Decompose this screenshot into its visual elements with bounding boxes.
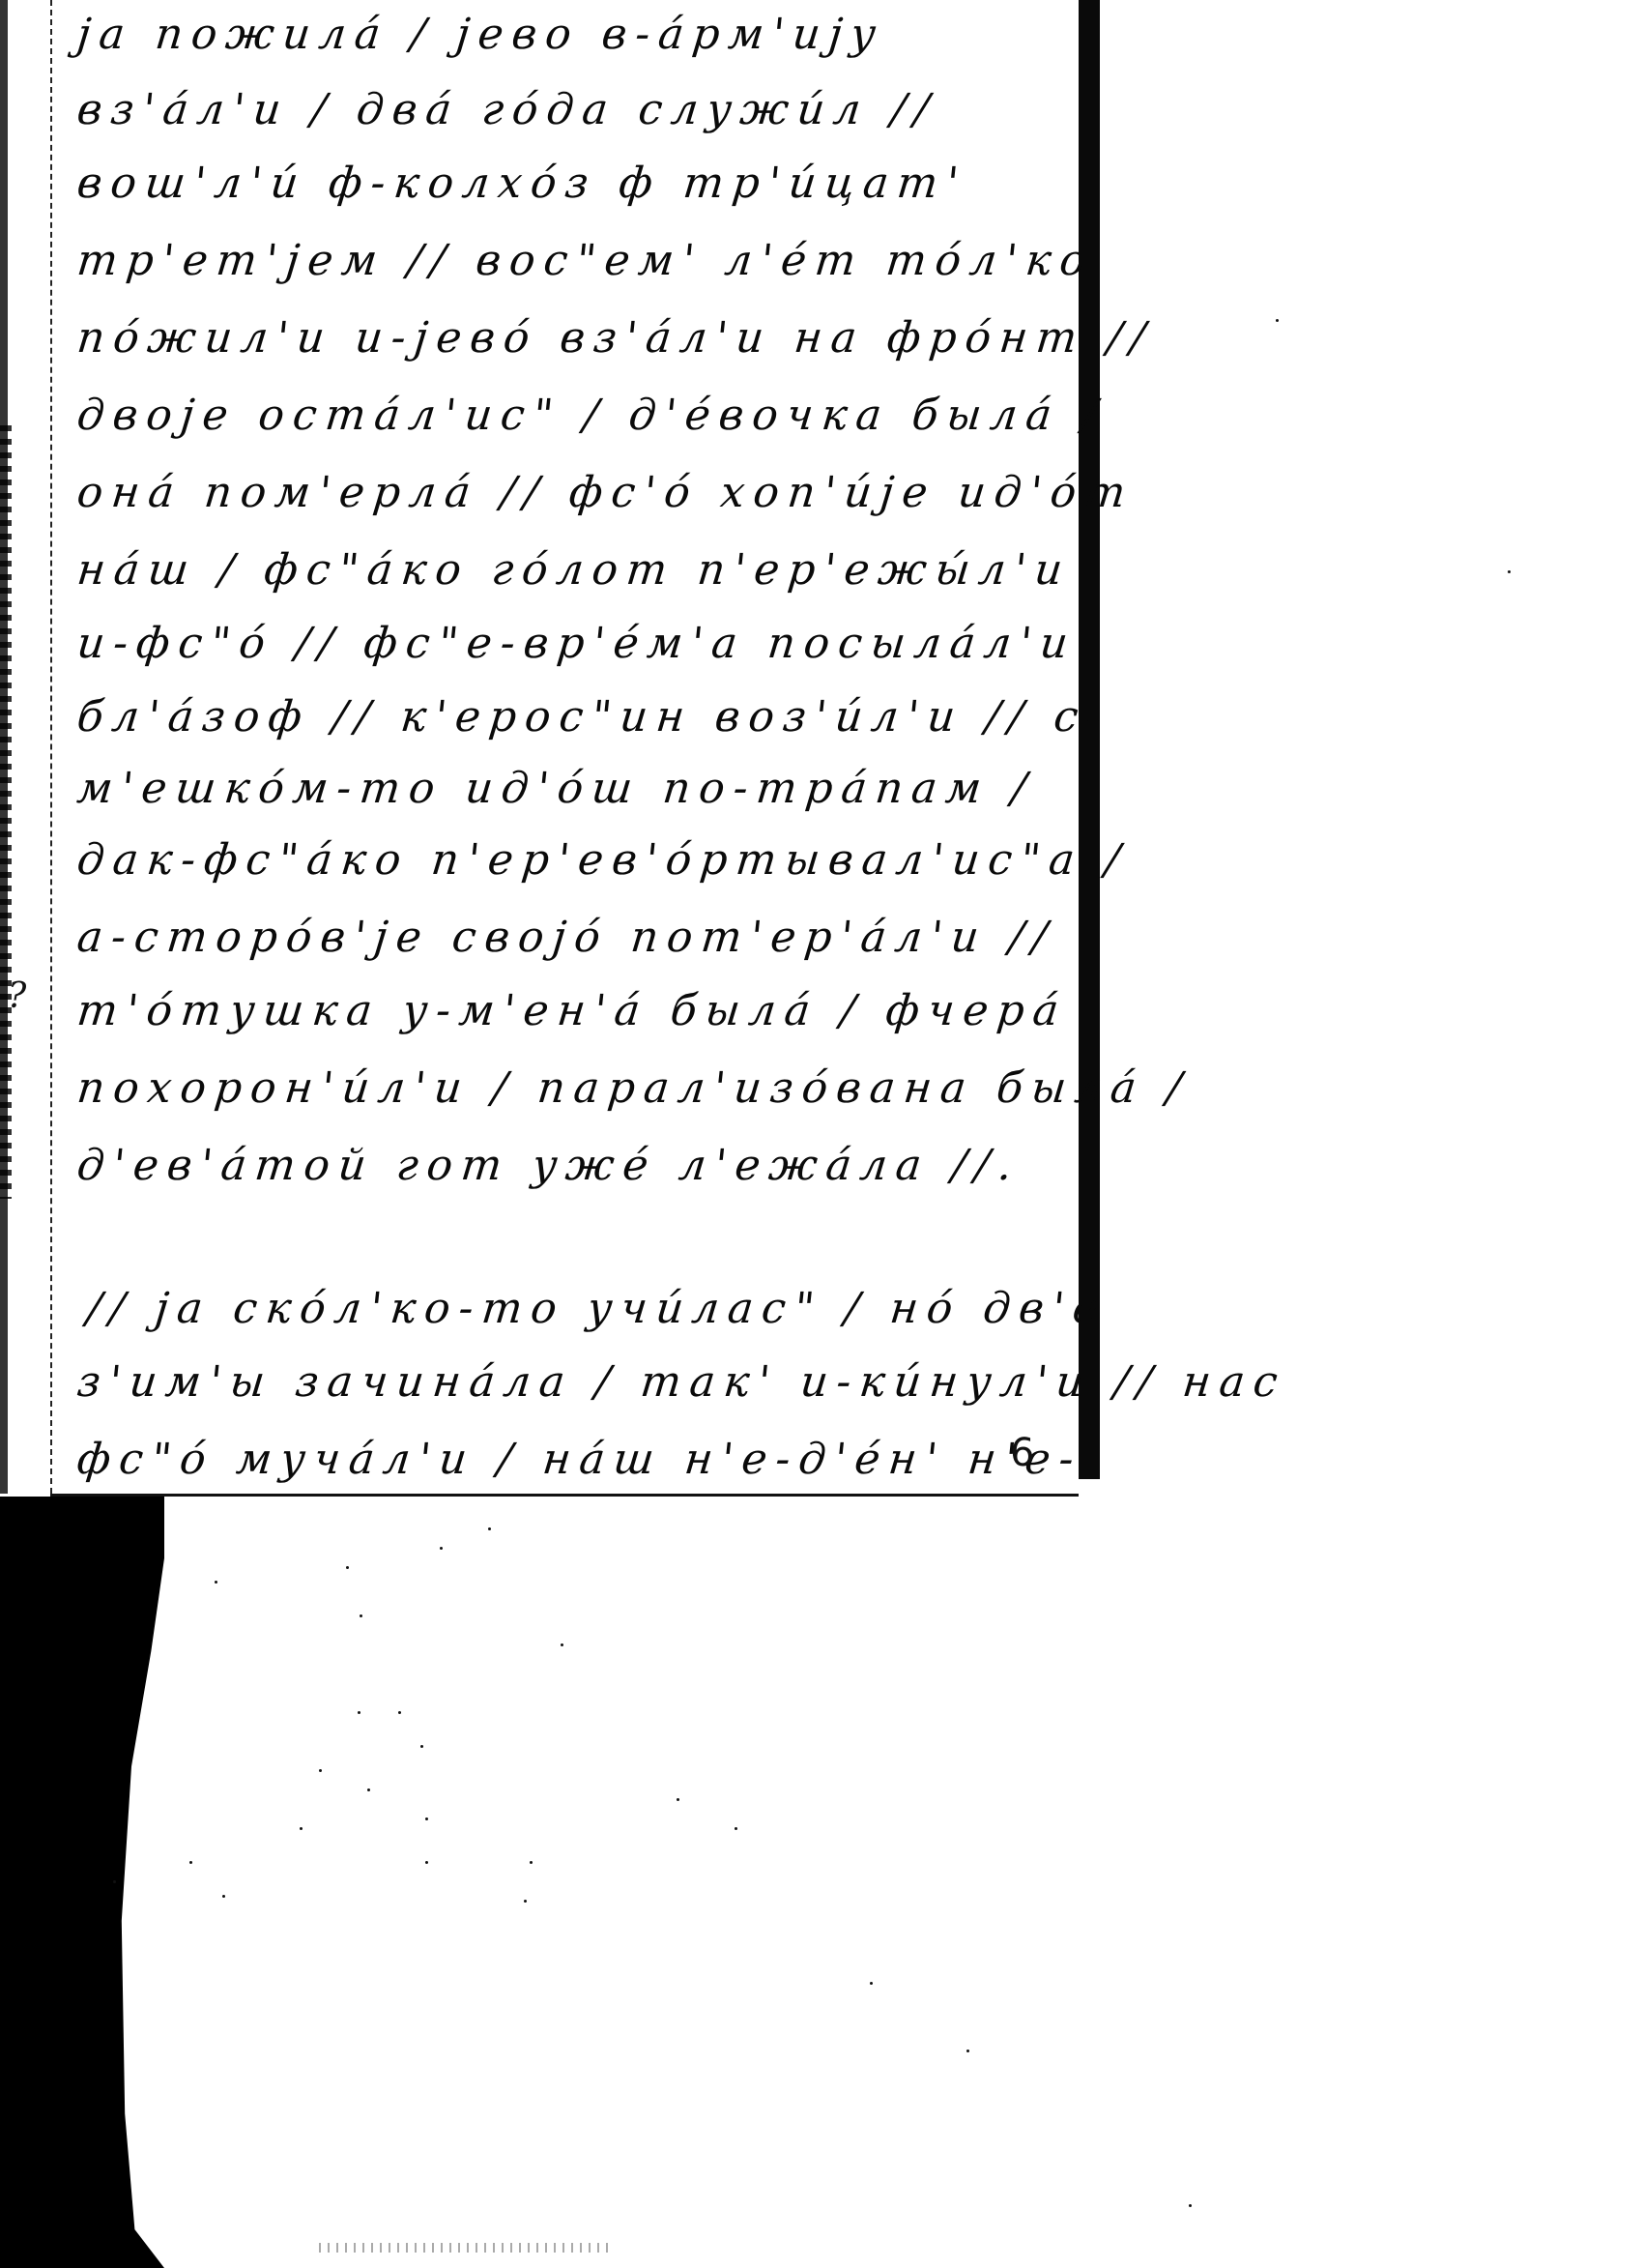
scan-dark-shadow-bottom-left — [0, 1497, 164, 2268]
speck — [440, 1547, 443, 1550]
speck — [425, 1861, 428, 1864]
speck — [215, 1581, 217, 1584]
speck — [524, 1900, 527, 1903]
speck — [488, 1527, 491, 1530]
text-line: двоје оста́л'ис" / д'е́вочка была́ / — [74, 391, 1108, 440]
scan-left-edge-noise — [0, 425, 12, 1199]
text-line: ја пожила́ / јево в-а́рм'ију — [74, 10, 886, 59]
text-line: фс"о́ муча́л'и / на́ш н'е-д'е́н' н'е- — [74, 1435, 1084, 1484]
speck — [360, 1614, 362, 1617]
speck — [300, 1827, 303, 1830]
text-line: и-фс"о́ // фс"е-вр'е́м'а посыла́л'и — [74, 619, 1079, 668]
speck — [1189, 2204, 1192, 2207]
text-line: вз'а́л'и / два́ го́да служи́л // — [74, 85, 939, 134]
speck — [1276, 319, 1279, 322]
speck — [735, 1827, 737, 1830]
text-line: тр'ет'јем // вос"ем' л'е́т то́л'ко — [74, 236, 1097, 285]
speck — [189, 1861, 192, 1864]
speck — [561, 1643, 563, 1646]
scan-noise-bottom — [319, 2243, 609, 2253]
speck — [367, 1788, 370, 1791]
speck — [677, 1798, 679, 1801]
text-line: з'им'ы зачина́ла / так' и-ки́нул'и // на… — [74, 1357, 1288, 1407]
text-line: т'о́тушка у-м'ен'а́ была́ / фчера́ — [74, 986, 1069, 1035]
text-line: дак-фс"а́ко п'ер'ев'о́ртывал'ис"а / — [74, 835, 1131, 885]
text-line: м'ешко́м-то ид'о́ш по-тра́пам / — [74, 764, 1037, 813]
text-line: а-сторо́в'је своjо́ пот'ер'а́л'и // — [74, 913, 1057, 962]
text-line: // ја ско́л'ко-то учи́лас" / но́ дв'е — [84, 1284, 1109, 1333]
margin-question-mark: ? — [8, 976, 26, 1016]
page-margin-dashed-line — [50, 0, 52, 1494]
speck — [319, 1769, 322, 1772]
text-line: бл'а́зоф // к'ерос"ин воз'и́л'и // с- — [74, 692, 1111, 741]
page-number: 6 — [1010, 1431, 1034, 1475]
text-line: похорон'и́л'и / парал'изо́вана была́ / — [74, 1063, 1193, 1113]
speck — [870, 1982, 873, 1985]
speck — [530, 1861, 533, 1864]
speck — [358, 1711, 360, 1714]
speck — [398, 1711, 401, 1714]
speck — [346, 1566, 349, 1569]
speck — [420, 1745, 423, 1748]
notebook-page — [50, 0, 1079, 1497]
text-line: д'ев'а́той гот уже́ л'ежа́ла //. — [74, 1141, 1023, 1190]
text-line: она́ пом'ерла́ // фс'о́ хоп'и́је ид'о́т — [74, 468, 1136, 517]
speck — [966, 2050, 969, 2052]
speck — [113, 1880, 116, 1883]
speck — [1508, 570, 1511, 573]
speck — [222, 1895, 225, 1898]
text-line: по́жил'и и-јево́ вз'а́л'и на фро́нт // — [74, 313, 1156, 363]
text-line: на́ш / фс"а́ко го́лот п'ер'ежы́л'и — [74, 545, 1073, 595]
text-line: вош'л'и́ ф-колхо́з ф тр'и́цат' — [74, 159, 969, 208]
speck — [425, 1817, 428, 1820]
